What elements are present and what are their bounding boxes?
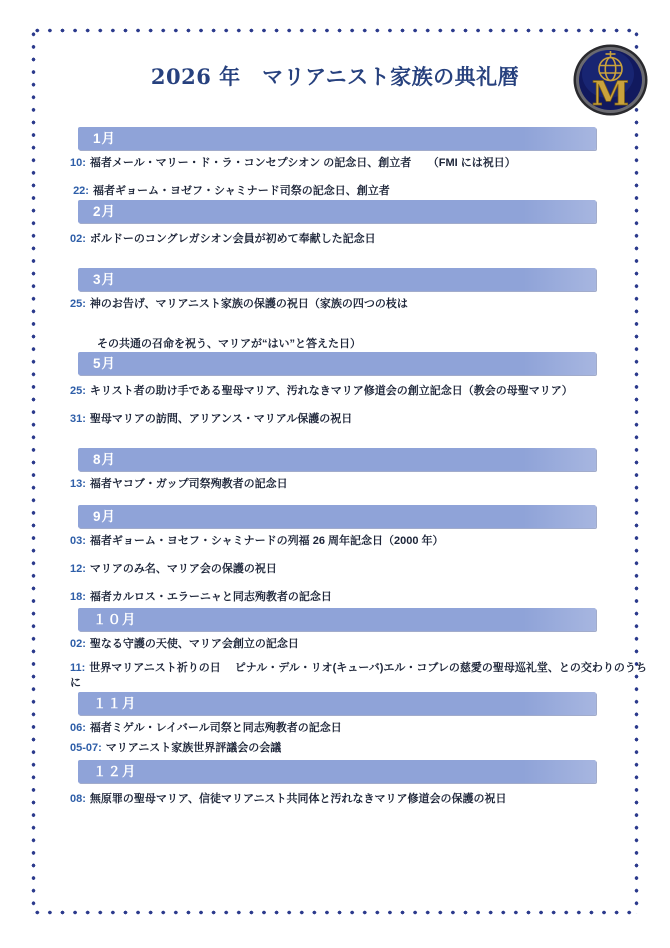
entry-date: 13: xyxy=(70,478,86,490)
entry-date: 06: xyxy=(70,722,86,734)
entry-text: 世界マリアニスト祈りの日 ピナル・デル・リオ(キューバ)エル・コブレの慈愛の聖母… xyxy=(70,662,647,689)
calendar-entry: 22:福者ギョーム・ヨゼフ・シャミナード司祭の記念日、創立者 xyxy=(70,184,650,199)
month-header-september: 9月 xyxy=(78,505,596,528)
entry-date: 25: xyxy=(70,298,86,310)
calendar-entry: 11:世界マリアニスト祈りの日 ピナル・デル・リオ(キューバ)エル・コブレの慈愛… xyxy=(70,661,650,691)
month-header-march: 3月 xyxy=(78,268,596,291)
section-december: １２月 08:無原罪の聖母マリア、信徒マリアニスト共同体と汚れなきマリア修道会の… xyxy=(70,760,650,807)
page-border-bottom xyxy=(31,910,637,915)
entry-date: 25: xyxy=(70,385,86,397)
emblem-svg: M xyxy=(572,43,649,117)
entry-text: 福者ギョーム・ヨセフ・シャミナードの列福 26 周年記念日（2000 年） xyxy=(90,535,444,547)
calendar-entry: 12:マリアのみ名、マリア会の保護の祝日 xyxy=(70,562,650,577)
entry-date: 02: xyxy=(70,638,86,650)
entry-text-continued: その共通の召命を祝う、マリアが“はい”と答えた日） xyxy=(70,337,650,352)
month-header-august: 8月 xyxy=(78,448,596,471)
entry-text: 福者ギョーム・ヨゼフ・シャミナード司祭の記念日、創立者 xyxy=(93,185,390,197)
section-november: １１月 06:福者ミゲル・レイバール司祭と同志殉教者の記念日 05-07:マリア… xyxy=(70,692,650,756)
entry-text: 神のお告げ、マリアニスト家族の保護の祝日（家族の四つの枝は xyxy=(90,298,408,310)
month-header-october: １０月 xyxy=(78,608,596,631)
entry-text: ボルドーのコングレガシオン会員が初めて奉献した記念日 xyxy=(90,233,376,245)
calendar-entry: 10:福者メール・マリー・ド・ラ・コンセプシオン の記念日、創立者 （FMI に… xyxy=(70,156,650,171)
calendar-entry: 08:無原罪の聖母マリア、信徒マリアニスト共同体と汚れなきマリア修道会の保護の祝… xyxy=(70,792,650,807)
entry-date: 18: xyxy=(70,591,86,603)
entry-text: 福者ミゲル・レイバール司祭と同志殉教者の記念日 xyxy=(90,722,342,734)
entry-text: 福者ヤコブ・ガップ司祭殉教者の記念日 xyxy=(90,478,288,490)
section-february: 2月 02:ボルドーのコングレガシオン会員が初めて奉献した記念日 xyxy=(70,200,650,247)
calendar-entry: 02:聖なる守護の天使、マリア会創立の記念日 xyxy=(70,637,650,652)
calendar-entry: 25:キリスト者の助け手である聖母マリア、汚れなきマリア修道会の創立記念日（教会… xyxy=(70,384,650,399)
entry-date: 31: xyxy=(70,413,86,425)
entry-date: 12: xyxy=(70,563,86,575)
entry-date: 03: xyxy=(70,535,86,547)
entry-text: 聖なる守護の天使、マリア会創立の記念日 xyxy=(90,638,299,650)
entry-text: 無原罪の聖母マリア、信徒マリアニスト共同体と汚れなきマリア修道会の保護の祝日 xyxy=(90,793,507,805)
entry-text: 聖母マリアの訪問、アリアンス・マリアル保護の祝日 xyxy=(90,413,352,425)
month-header-february: 2月 xyxy=(78,200,596,223)
entry-date: 10: xyxy=(70,157,86,169)
entry-text: マリアのみ名、マリア会の保護の祝日 xyxy=(90,563,277,575)
month-header-december: １２月 xyxy=(78,760,596,783)
calendar-entry: 13:福者ヤコブ・ガップ司祭殉教者の記念日 xyxy=(70,477,650,492)
section-may: 5月 25:キリスト者の助け手である聖母マリア、汚れなきマリア修道会の創立記念日… xyxy=(70,352,650,427)
page-border-left xyxy=(31,28,36,914)
month-header-january: 1月 xyxy=(78,127,596,150)
section-january: 1月 10:福者メール・マリー・ド・ラ・コンセプシオン の記念日、創立者 （FM… xyxy=(70,127,650,199)
calendar-entry: 02:ボルドーのコングレガシオン会員が初めて奉献した記念日 xyxy=(70,232,650,247)
calendar-entry: 03:福者ギョーム・ヨセフ・シャミナードの列福 26 周年記念日（2000 年） xyxy=(70,534,650,549)
entry-date: 05-07: xyxy=(70,742,102,754)
entry-text: 福者メール・マリー・ド・ラ・コンセプシオン の記念日、創立者 （FMI には祝日… xyxy=(90,157,516,169)
entry-date: 02: xyxy=(70,233,86,245)
page-title: 2026 年 マリアニスト家族の典礼暦 xyxy=(0,61,670,91)
entry-date: 08: xyxy=(70,793,86,805)
month-header-november: １１月 xyxy=(78,692,596,715)
logo-letter-m: M xyxy=(592,74,630,114)
section-october: １０月 02:聖なる守護の天使、マリア会創立の記念日 11:世界マリアニスト祈り… xyxy=(70,608,650,691)
marianist-emblem-icon: M xyxy=(572,43,649,117)
document-page: { "page": { "title": "2026 年 マリアニスト家族の典礼… xyxy=(0,0,670,948)
entry-date: 11: xyxy=(70,662,85,674)
calendar-entry: 31:聖母マリアの訪問、アリアンス・マリアル保護の祝日 xyxy=(70,412,650,427)
section-september: 9月 03:福者ギョーム・ヨセフ・シャミナードの列福 26 周年記念日（2000… xyxy=(70,505,650,605)
calendar-entry: 18:福者カルロス・エラーニャと同志殉教者の記念日 xyxy=(70,590,650,605)
calendar-entry: 06:福者ミゲル・レイバール司祭と同志殉教者の記念日 xyxy=(70,721,650,736)
entry-text: マリアニスト家族世界評議会の会議 xyxy=(106,742,281,754)
entry-date: 22: xyxy=(70,185,89,197)
section-august: 8月 13:福者ヤコブ・ガップ司祭殉教者の記念日 xyxy=(70,448,650,492)
entry-text: キリスト者の助け手である聖母マリア、汚れなきマリア修道会の創立記念日（教会の母聖… xyxy=(90,385,573,397)
calendar-entry: 05-07:マリアニスト家族世界評議会の会議 xyxy=(70,741,650,756)
page-border-top xyxy=(31,28,637,33)
entry-text: 福者カルロス・エラーニャと同志殉教者の記念日 xyxy=(90,591,332,603)
month-header-may: 5月 xyxy=(78,352,596,375)
